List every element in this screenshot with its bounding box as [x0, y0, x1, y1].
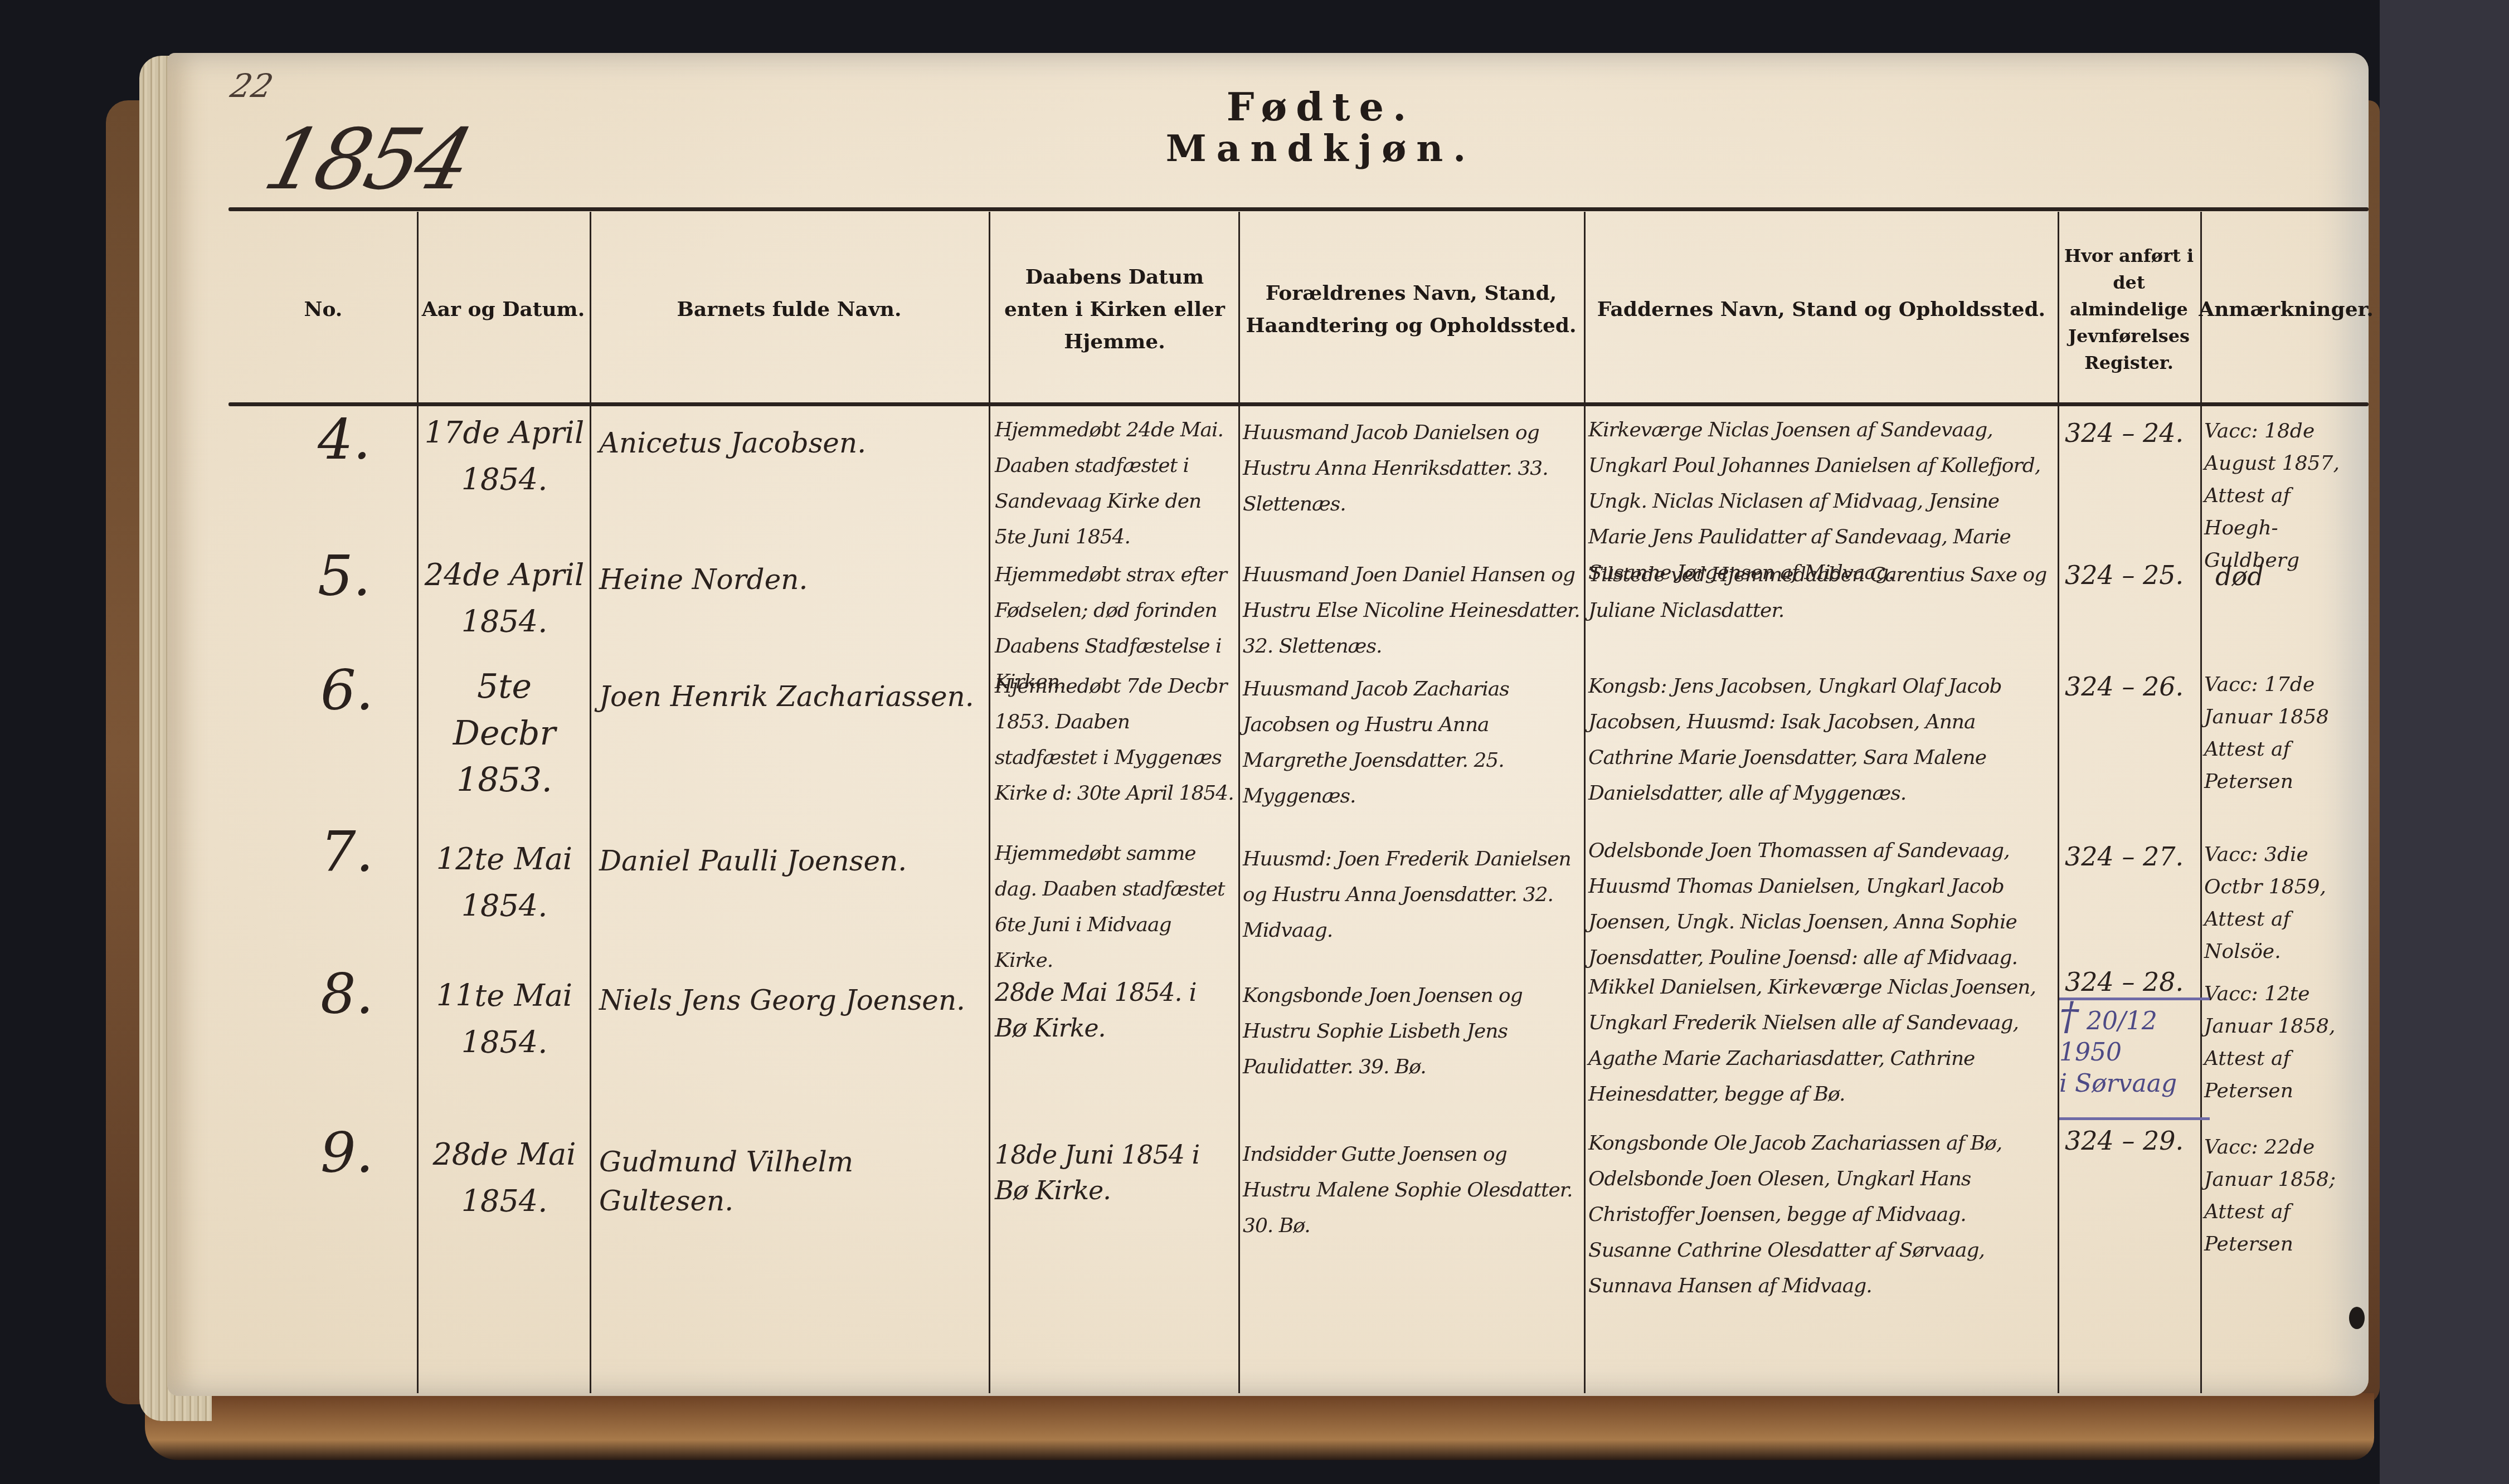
- column-header-no: No.: [234, 217, 412, 401]
- title-births: Fødte.: [1142, 84, 1499, 130]
- title-male: Mandkjøn.: [1142, 126, 1499, 170]
- column-divider: [590, 212, 591, 1393]
- entry-child-name: Niels Jens Georg Joensen.: [599, 981, 984, 1020]
- entry-number: 6.: [320, 658, 373, 723]
- entry-number: 7.: [320, 819, 373, 884]
- column-divider: [989, 212, 990, 1393]
- entry-parents: Kongsbonde Joen Joensen og Hustru Sophie…: [1243, 978, 1580, 1085]
- cross-icon: †: [2059, 993, 2079, 1039]
- entry-birth-date: 24de April 1854.: [424, 552, 585, 645]
- entry-parents: Indsidder Gutte Joensen og Hustru Malene…: [1243, 1137, 1580, 1244]
- column-divider: [2200, 212, 2202, 1393]
- column-header-parents: Forældrenes Navn, Stand, Haandtering og …: [1244, 217, 1578, 401]
- header-bottom-rule: [228, 402, 2369, 406]
- entry-birth-date: 12te Mai 1854.: [424, 836, 585, 930]
- entry-remarks: død: [2215, 560, 2360, 592]
- page-title: Fødte. Mandkjøn.: [1142, 84, 1499, 170]
- death-place: i Sørvaag: [2059, 1069, 2177, 1098]
- entry-child-name: Joen Henrik Zachariassen.: [599, 677, 984, 716]
- column-divider: [1584, 212, 1586, 1393]
- column-header-child-name: Barnets fulde Navn.: [592, 217, 986, 401]
- entry-child-name: Gudmund Vilhelm Gultesen.: [599, 1142, 984, 1220]
- column-divider: [2058, 212, 2059, 1393]
- entry-register: 324 – 26.: [2065, 672, 2184, 702]
- entry-parents: Huusmand Jacob Danielsen og Hustru Anna …: [1243, 415, 1580, 522]
- entry-register: 324 – 28.: [2065, 967, 2184, 997]
- entry-remarks: Vacc: 12te Januar 1858, Attest af Peters…: [2204, 978, 2366, 1107]
- entry-register: 324 – 25.: [2065, 560, 2184, 590]
- entry-number: 4.: [318, 407, 371, 472]
- entry-baptism: 28de Mai 1854. i Bø Kirke.: [995, 975, 1234, 1047]
- entry-register: 324 – 29.: [2065, 1126, 2184, 1156]
- entry-remarks: Vacc: 3die Octbr 1859, Attest af Nolsöe.: [2204, 839, 2366, 968]
- entry-register: 324 – 24.: [2065, 418, 2184, 448]
- column-header-date: Aar og Datum.: [419, 217, 587, 401]
- entry-godparents: Kongsb: Jens Jacobsen, Ungkarl Olaf Jaco…: [1588, 669, 2054, 811]
- entry-remarks: Vacc: 22de Januar 1858; Attest af Peters…: [2204, 1131, 2366, 1261]
- entry-child-name: Heine Norden.: [599, 560, 984, 599]
- entry-baptism: Hjemmedøbt 24de Mai. Daaben stadfæstet i…: [995, 412, 1234, 555]
- entry-baptism: Hjemmedøbt samme dag. Daaben stadfæstet …: [995, 836, 1234, 979]
- column-header-godparents: Faddernes Navn, Stand og Opholdssted.: [1588, 217, 2054, 401]
- entry-birth-date: 11te Mai 1854.: [424, 972, 585, 1066]
- entry-birth-date: 5te Decbr 1853.: [424, 663, 585, 804]
- entry-register: 324 – 27.: [2065, 841, 2184, 872]
- column-header-baptism: Daabens Datum enten i Kirken eller Hjemm…: [998, 217, 1232, 401]
- entry-godparents: Mikkel Danielsen, Kirkeværge Niclas Joen…: [1588, 970, 2054, 1112]
- column-header-remarks: Anmærkninger.: [2202, 217, 2370, 401]
- entry-baptism: 18de Juni 1854 i Bø Kirke.: [995, 1137, 1234, 1208]
- book-cover-bottom-edge: [145, 1393, 2374, 1460]
- column-divider: [417, 212, 419, 1393]
- entry-birth-date: 17de April 1854.: [424, 410, 585, 503]
- entry-godparents: Tilstede ved Hjemmedaaben Carentius Saxe…: [1588, 557, 2054, 629]
- entry-parents: Huusmand Jacob Zacharias Jacobsen og Hus…: [1243, 672, 1580, 814]
- entry-remarks: Vacc: 18de August 1857, Attest af Hoegh-…: [2204, 415, 2366, 577]
- entry-parents: Huusmand Joen Daniel Hansen og Hustru El…: [1243, 557, 1580, 664]
- column-header-register: Hvor anført i det almindelige Jevnførels…: [2060, 217, 2198, 401]
- entry-number: 8.: [320, 961, 373, 1026]
- column-divider: [1238, 212, 1240, 1393]
- entry-child-name: Anicetus Jacobsen.: [599, 424, 984, 463]
- page-year: 1854: [255, 111, 479, 208]
- entry-remarks: Vacc: 17de Januar 1858 Attest af Peterse…: [2204, 669, 2366, 798]
- entry-baptism: Hjemmedøbt 7de Decbr 1853. Daaben stadfæ…: [995, 669, 1234, 811]
- entry-parents: Huusmd: Joen Frederik Danielsen og Hustr…: [1243, 841, 1580, 948]
- entry-birth-date: 28de Mai 1854.: [424, 1131, 585, 1225]
- page-number: 22: [227, 67, 276, 105]
- death-annotation: † 20/12 1950 i Sørvaag: [2059, 998, 2210, 1120]
- ink-blot: [2349, 1307, 2365, 1329]
- entry-number: 9.: [320, 1120, 373, 1185]
- entry-godparents: Odelsbonde Joen Thomassen af Sandevaag, …: [1588, 833, 2054, 976]
- entry-number: 5.: [318, 543, 371, 609]
- background-surface: [2380, 0, 2509, 1484]
- table-top-rule: [228, 207, 2369, 211]
- entry-godparents: Kongsbonde Ole Jacob Zachariassen af Bø,…: [1588, 1126, 2054, 1304]
- entry-child-name: Daniel Paulli Joensen.: [599, 841, 984, 880]
